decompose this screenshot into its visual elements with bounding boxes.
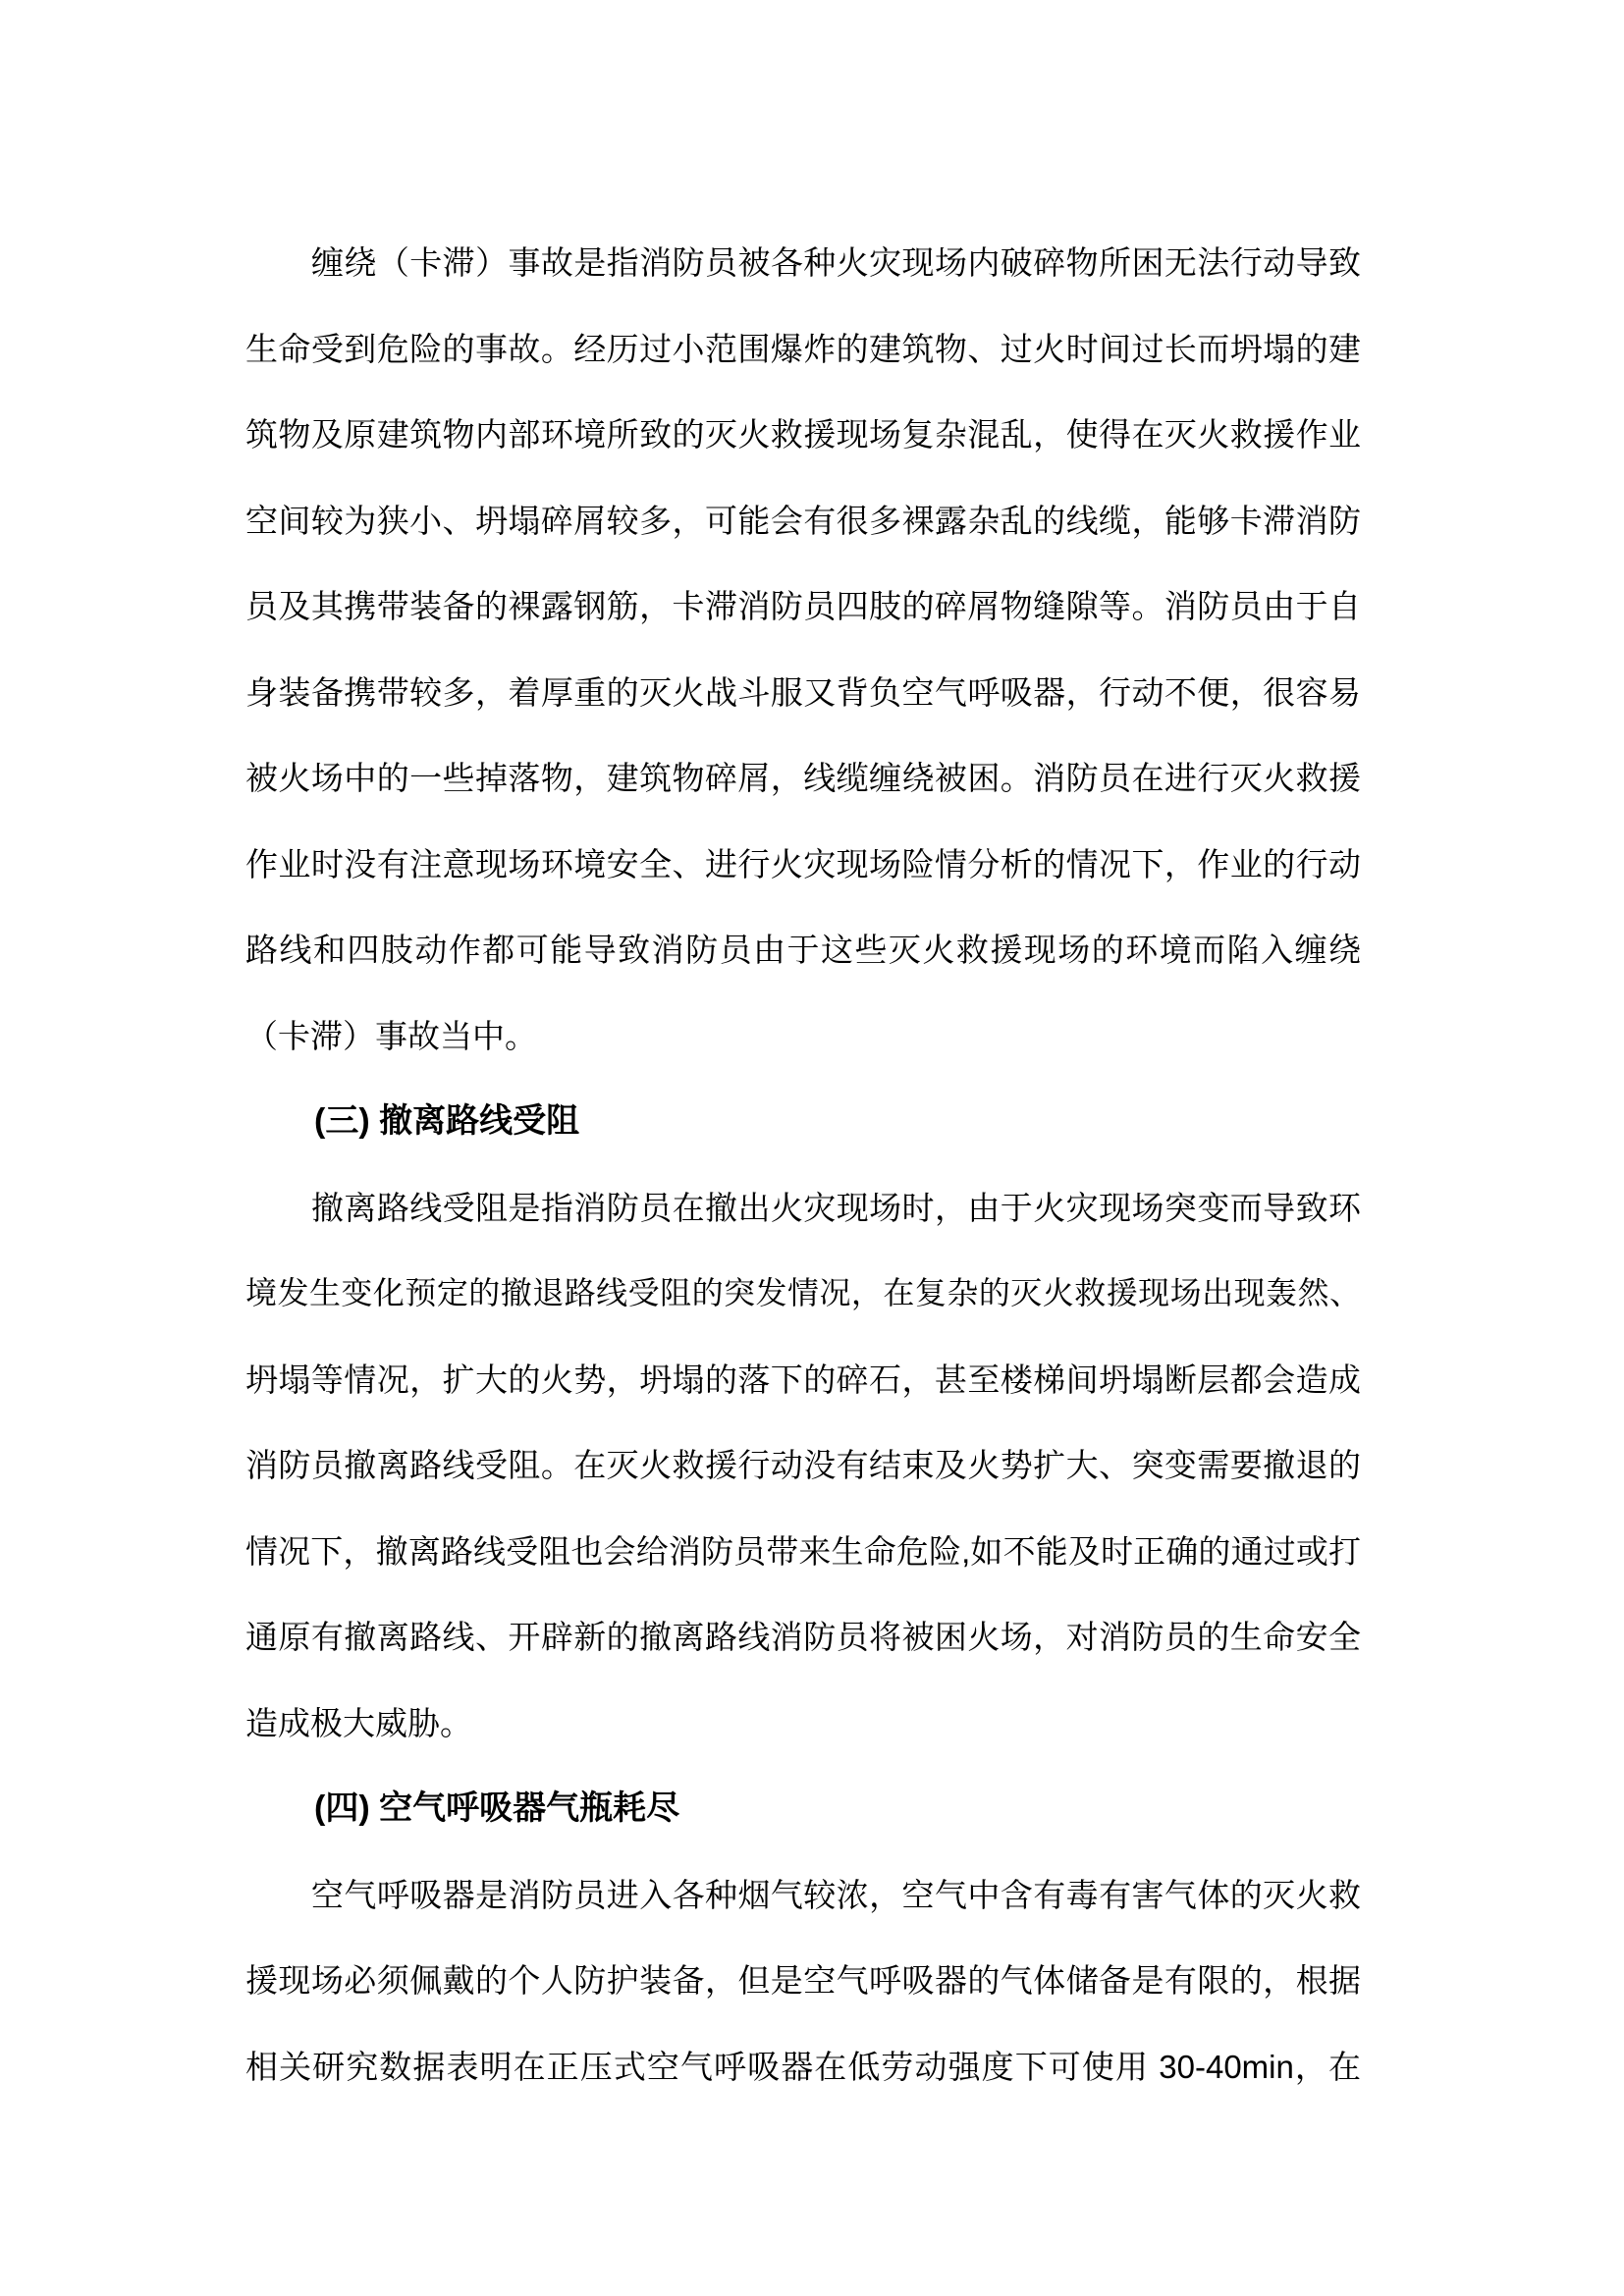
paragraph-line: 坍塌等情况，扩大的火势，坍塌的落下的碎石，甚至楼梯间坍塌断层都会造成 xyxy=(245,1337,1361,1423)
section-heading-evacuation-route-blocked: (三) 撤离路线受阻 xyxy=(245,1079,1361,1165)
paragraph-line: 情况下，撤离路线受阻也会给消防员带来生命危险,如不能及时正确的通过或打 xyxy=(245,1509,1361,1595)
paragraph-line: 空气呼吸器是消防员进入各种烟气较浓，空气中含有毒有害气体的灭火救 xyxy=(245,1852,1361,1939)
paragraph-line: 作业时没有注意现场环境安全、进行火灾现场险情分析的情况下，作业的行动 xyxy=(245,822,1361,908)
paragraph-line: 援现场必须佩戴的个人防护装备，但是空气呼吸器的气体储备是有限的，根据 xyxy=(245,1938,1361,2024)
paragraph-line: 生命受到危险的事故。经历过小范围爆炸的建筑物、过火时间过长而坍塌的建 xyxy=(245,306,1361,393)
paragraph-line: 缠绕（卡滞）事故是指消防员被各种火灾现场内破碎物所困无法行动导致 xyxy=(245,220,1361,306)
paragraph-line: 通原有撤离路线、开辟新的撤离路线消防员将被困火场，对消防员的生命安全 xyxy=(245,1594,1361,1681)
section-heading-scba-cylinder-depleted: (四) 空气呼吸器气瓶耗尽 xyxy=(245,1766,1361,1852)
paragraph-line: 境发生变化预定的撤退路线受阻的突发情况，在复杂的灭火救援现场出现轰然、 xyxy=(245,1251,1361,1337)
paragraph-line: 身装备携带较多，着厚重的灭火战斗服又背负空气呼吸器，行动不便，很容易 xyxy=(245,650,1361,736)
document-page: 缠绕（卡滞）事故是指消防员被各种火灾现场内破碎物所困无法行动导致 生命受到危险的… xyxy=(0,0,1624,2296)
paragraph-line: 空间较为狭小、坍塌碎屑较多，可能会有很多裸露杂乱的线缆，能够卡滞消防 xyxy=(245,478,1361,564)
paragraph-line: 撤离路线受阻是指消防员在撤出火灾现场时，由于火灾现场突变而导致环 xyxy=(245,1165,1361,1252)
page-text-content: 缠绕（卡滞）事故是指消防员被各种火灾现场内破碎物所困无法行动导致 生命受到危险的… xyxy=(245,220,1361,2109)
paragraph-line: 被火场中的一些掉落物，建筑物碎屑，线缆缠绕被困。消防员在进行灭火救援 xyxy=(245,735,1361,822)
paragraph-line: 路线和四肢动作都可能导致消防员由于这些灭火救援现场的环境而陷入缠绕 xyxy=(245,907,1361,993)
paragraph-line: 相关研究数据表明在正压式空气呼吸器在低劳动强度下可使用 30-40min，在 xyxy=(245,2024,1361,2110)
paragraph-line: 消防员撤离路线受阻。在灭火救援行动没有结束及火势扩大、突变需要撤退的 xyxy=(245,1422,1361,1509)
paragraph-line: 造成极大威胁。 xyxy=(245,1681,1361,1767)
paragraph-line: 员及其携带装备的裸露钢筋，卡滞消防员四肢的碎屑物缝隙等。消防员由于自 xyxy=(245,563,1361,650)
paragraph-line: （卡滞）事故当中。 xyxy=(245,993,1361,1080)
paragraph-line: 筑物及原建筑物内部环境所致的灭火救援现场复杂混乱，使得在灭火救援作业 xyxy=(245,392,1361,478)
